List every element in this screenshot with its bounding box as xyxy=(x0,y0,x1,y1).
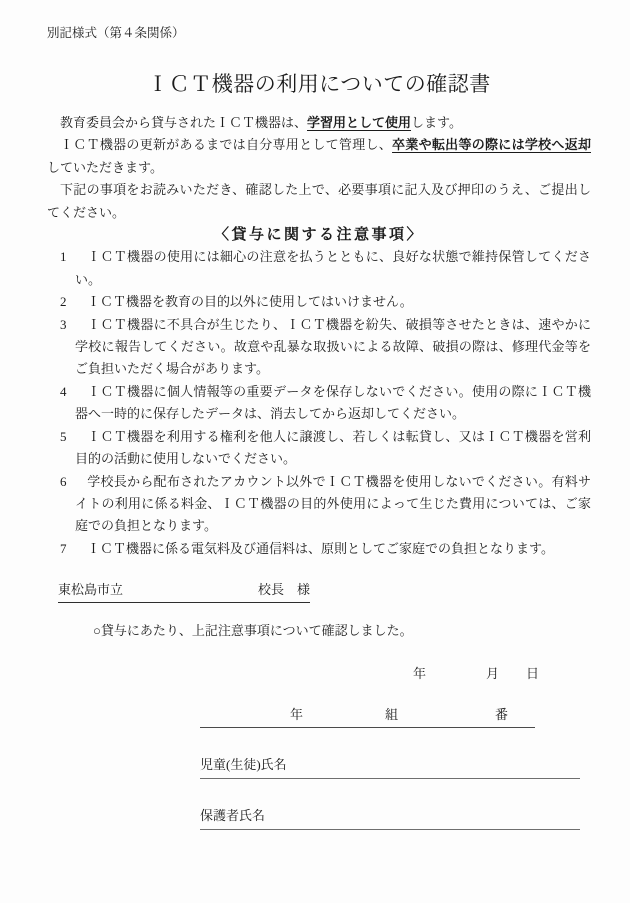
text-segment: します。 xyxy=(411,115,462,130)
month-label: 月 xyxy=(486,666,499,681)
number-label: 番 xyxy=(495,705,508,725)
trailing-blank xyxy=(508,724,535,725)
class-label: 組 xyxy=(385,705,398,725)
intro-paragraph: 下記の事項をお読みいただき、確認した上で、必要事項に記入及び押印のうえ、ご提出し… xyxy=(47,179,591,224)
day-label: 日 xyxy=(526,666,539,681)
grade-label: 年 xyxy=(290,705,303,725)
number-blank xyxy=(398,724,495,725)
text-segment: 教育委員会から貸与されたＩＣＴ機器は、 xyxy=(60,115,307,130)
text-segment: していただきます。 xyxy=(47,160,163,175)
note-item-text: ＩＣＴ機器の使用には細心の注意を払うとともに、良好な状態で維持保管してください。 xyxy=(75,249,591,286)
notes-heading: 〈貸与に関する注意事項〉 xyxy=(47,224,591,246)
grade-blank xyxy=(200,724,290,725)
addressee-school-prefix: 東松島市立 xyxy=(58,580,123,600)
emphasized-text: 卒業や転出等の際には学校へ返却 xyxy=(392,137,591,152)
note-item-text: 学校長から配布されたアカウント以外でＩＣＴ機器を使用しないでください。有料サイト… xyxy=(75,474,591,534)
note-item-number: 4 xyxy=(60,381,87,403)
note-item: 2ＩＣＴ機器を教育の目的以外に使用してはいけません。 xyxy=(75,291,591,313)
class-blank xyxy=(303,724,385,725)
form-id-note: 別記様式（第４条関係） xyxy=(47,24,591,42)
student-name-field: 児童(生徒)氏名 xyxy=(200,755,580,779)
note-item-text: ＩＣＴ機器を教育の目的以外に使用してはいけません。 xyxy=(87,294,413,309)
date-line: 年月日 xyxy=(413,663,591,685)
note-item-number: 2 xyxy=(60,291,87,313)
note-item: 7ＩＣＴ機器に係る電気料及び通信料は、原則としてご家庭での負担となります。 xyxy=(75,538,591,560)
intro-section: 教育委員会から貸与されたＩＣＴ機器は、学習用として使用します。ＩＣＴ機器の更新が… xyxy=(47,112,591,224)
text-segment: ＩＣＴ機器の更新があるまでは自分専用として管理し、 xyxy=(60,137,392,152)
addressee-principal-honorific: 校長 様 xyxy=(258,580,310,600)
emphasized-text: 学習用として使用 xyxy=(307,115,411,130)
note-item-number: 6 xyxy=(60,471,87,493)
note-item-text: ＩＣＴ機器に不具合が生じたり、ＩＣＴ機器を紛失、破損等させたときは、速やかに学校… xyxy=(75,317,591,377)
text-segment: 下記の事項をお読みいただき、確認した上で、必要事項に記入及び押印のうえ、ご提出し… xyxy=(47,182,591,219)
document-page: 別記様式（第４条関係） ＩＣＴ機器の利用についての確認書 教育委員会から貸与され… xyxy=(0,0,630,903)
confirmation-statement: ○貸与にあたり、上記注意事項について確認しました。 xyxy=(93,620,591,642)
note-item: 5ＩＣＴ機器を利用する権利を他人に譲渡し、若しくは転貸し、又はＩＣＴ機器を営利目… xyxy=(75,426,591,471)
year-label: 年 xyxy=(413,666,426,681)
guardian-name-label: 保護者氏名 xyxy=(200,808,265,823)
note-item-text: ＩＣＴ機器を利用する権利を他人に譲渡し、若しくは転貸し、又はＩＣＴ機器を営利目的… xyxy=(75,429,591,466)
addressee-line: 東松島市立 校長 様 xyxy=(58,580,310,603)
note-item-number: 7 xyxy=(60,538,87,560)
note-item-text: ＩＣＴ機器に個人情報等の重要データを保存しないでください。使用の際にＩＣＴ機器へ… xyxy=(75,384,591,421)
note-item: 6学校長から配布されたアカウント以外でＩＣＴ機器を使用しないでください。有料サイ… xyxy=(75,471,591,538)
page-title: ＩＣＴ機器の利用についての確認書 xyxy=(47,68,591,100)
month-blank xyxy=(499,677,526,678)
student-name-label: 児童(生徒)氏名 xyxy=(200,757,287,772)
note-item-number: 1 xyxy=(60,246,87,268)
intro-paragraph: 教育委員会から貸与されたＩＣＴ機器は、学習用として使用します。 xyxy=(47,112,591,134)
year-blank xyxy=(426,677,486,678)
note-item-number: 5 xyxy=(60,426,87,448)
class-grade-number-line: 年 組 番 xyxy=(200,705,535,728)
notes-list: 1ＩＣＴ機器の使用には細心の注意を払うとともに、良好な状態で維持保管してください… xyxy=(47,246,591,560)
guardian-name-field: 保護者氏名 xyxy=(200,806,580,830)
intro-paragraph: ＩＣＴ機器の更新があるまでは自分専用として管理し、卒業や転出等の際には学校へ返却… xyxy=(47,134,591,179)
note-item: 4ＩＣＴ機器に個人情報等の重要データを保存しないでください。使用の際にＩＣＴ機器… xyxy=(75,381,591,426)
note-item-text: ＩＣＴ機器に係る電気料及び通信料は、原則としてご家庭での負担となります。 xyxy=(87,541,554,556)
note-item: 1ＩＣＴ機器の使用には細心の注意を払うとともに、良好な状態で維持保管してください… xyxy=(75,246,591,291)
note-item-number: 3 xyxy=(60,314,87,336)
note-item: 3ＩＣＴ機器に不具合が生じたり、ＩＣＴ機器を紛失、破損等させたときは、速やかに学… xyxy=(75,314,591,381)
